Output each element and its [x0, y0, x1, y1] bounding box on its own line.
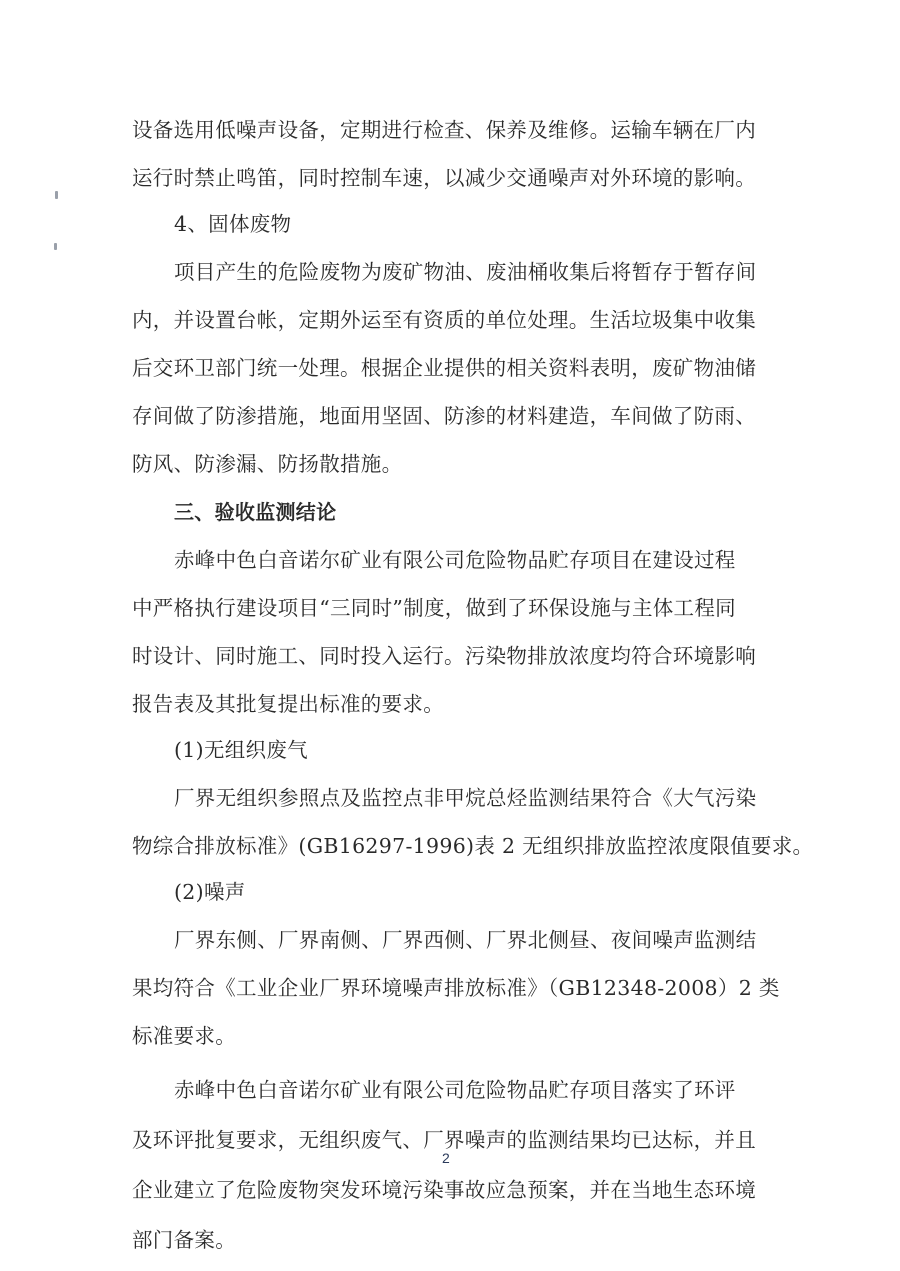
paragraph-line: 防风、防渗漏、防扬散措施。	[132, 452, 402, 476]
paragraph-line: 及环评批复要求，无组织废气、厂界噪声的监测结果均已达标，并且	[132, 1128, 756, 1152]
paragraph-line: 部门备案。	[132, 1228, 236, 1252]
paragraph-line: 中严格执行建设项目“三同时”制度，做到了环保设施与主体工程同	[132, 596, 736, 620]
subheading-fugitive-gas: (1)无组织废气	[174, 738, 308, 762]
paragraph-line: 内，并设置台帐，定期外运至有资质的单位处理。生活垃圾集中收集	[132, 308, 756, 332]
paragraph-line: 厂界东侧、厂界南侧、厂界西侧、厂界北侧昼、夜间噪声监测结	[174, 928, 756, 952]
paragraph-line: 企业建立了危险废物突发环境污染事故应急预案，并在当地生态环境	[132, 1178, 756, 1202]
paragraph-line: 后交环卫部门统一处理。根据企业提供的相关资料表明，废矿物油储	[132, 356, 756, 380]
paragraph-line: 赤峰中色白音诺尔矿业有限公司危险物品贮存项目落实了环评	[174, 1078, 736, 1102]
paragraph-line: 果均符合《工业企业厂界环境噪声排放标准》（GB12348-2008）2 类	[132, 976, 780, 1000]
subheading-noise: (2)噪声	[174, 880, 246, 904]
paragraph-line: 存间做了防渗措施，地面用坚固、防渗的材料建造，车间做了防雨、	[132, 404, 756, 428]
paragraph-line: 厂界无组织参照点及监控点非甲烷总烃监测结果符合《大气污染	[174, 786, 756, 810]
paragraph-line: 设备选用低噪声设备，定期进行检查、保养及维修。运输车辆在厂内	[132, 118, 756, 142]
paragraph-line: 标准要求。	[132, 1024, 236, 1048]
page-number: 2	[442, 1150, 450, 1166]
section-heading-conclusion: 三、验收监测结论	[174, 500, 336, 524]
paragraph-line: 时设计、同时施工、同时投入运行。污染物排放浓度均符合环境影响	[132, 644, 756, 668]
paragraph-line: 物综合排放标准》(GB16297-1996)表 2 无组织排放监控浓度限值要求。	[132, 834, 813, 858]
paragraph-line: 项目产生的危险废物为废矿物油、废油桶收集后将暂存于暂存间	[174, 260, 756, 284]
paragraph-line: 运行时禁止鸣笛，同时控制车速，以减少交通噪声对外环境的影响。	[132, 166, 756, 190]
document-page: 设备选用低噪声设备，定期进行检查、保养及维修。运输车辆在厂内 运行时禁止鸣笛，同…	[0, 0, 900, 1271]
scan-mark	[54, 243, 57, 250]
paragraph-line: 报告表及其批复提出标准的要求。	[132, 692, 444, 716]
paragraph-line: 赤峰中色白音诺尔矿业有限公司危险物品贮存项目在建设过程	[174, 548, 736, 572]
scan-mark	[55, 191, 58, 199]
section-heading-solid-waste: 4、固体废物	[174, 212, 291, 236]
